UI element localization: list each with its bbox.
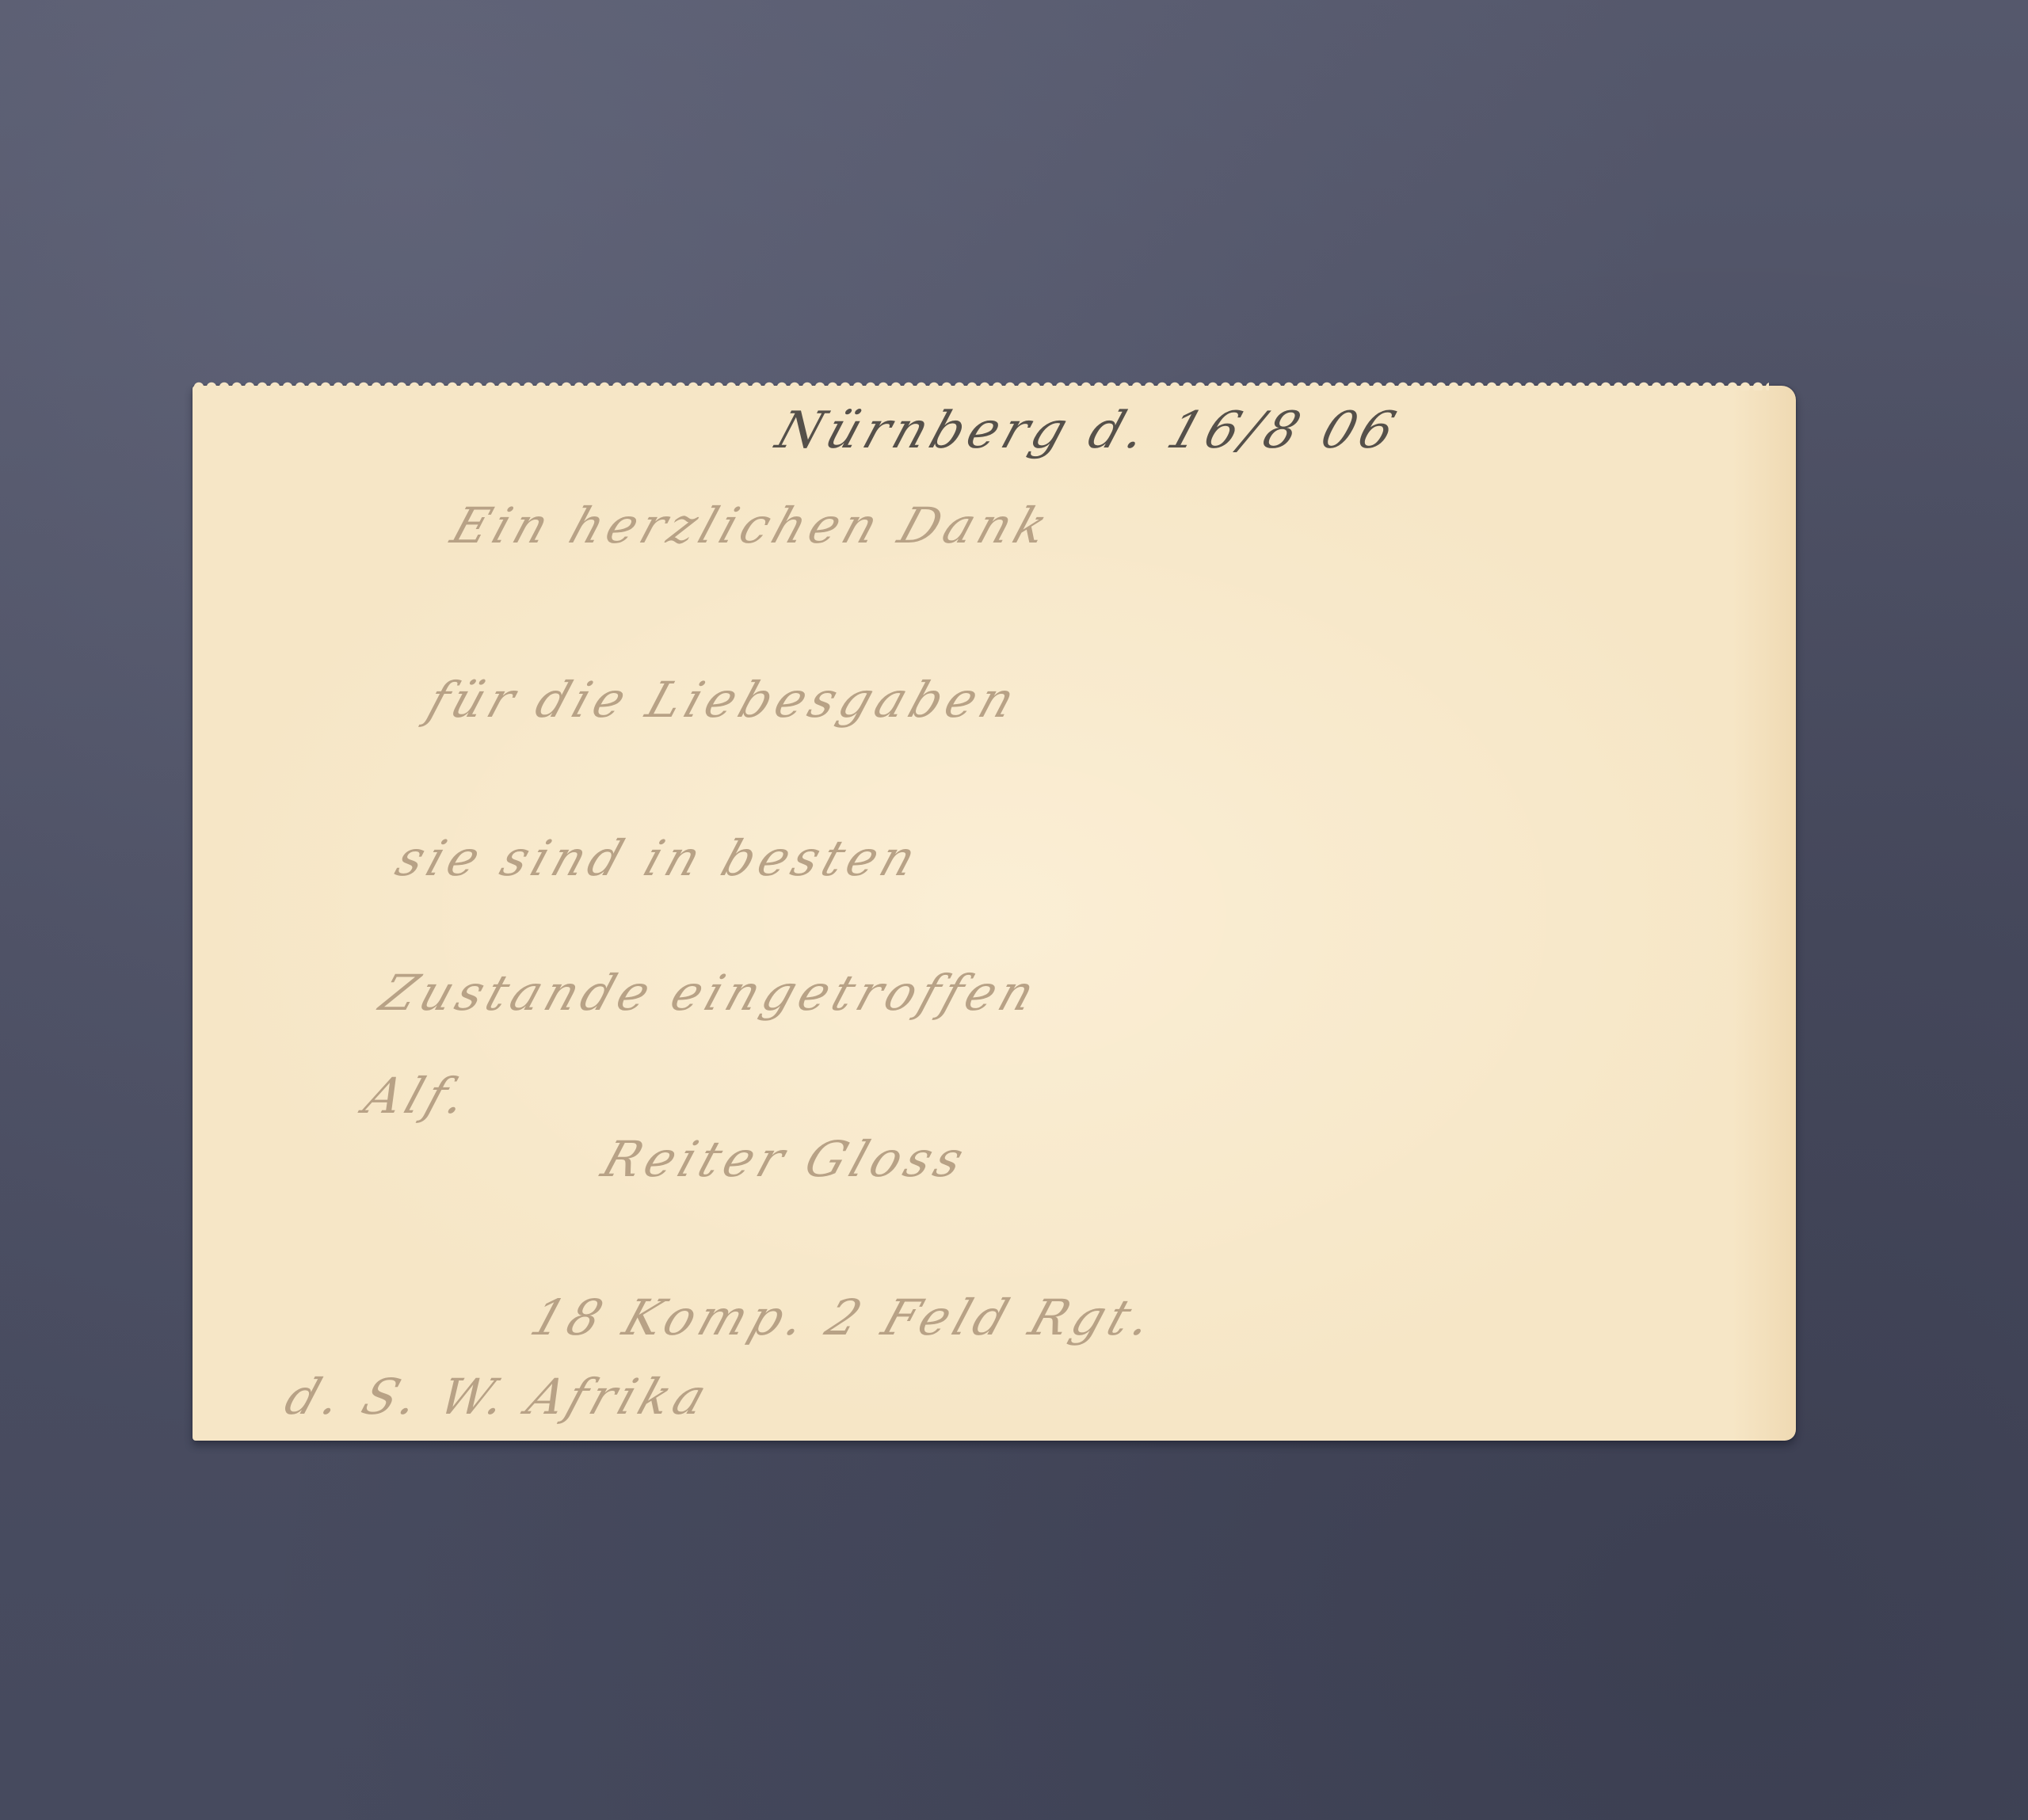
text-line-2: für die Liebesgaben <box>421 671 1027 729</box>
perforated-edge <box>193 379 1769 390</box>
signature: Reiter Gloss <box>595 1130 975 1188</box>
text-line-7: 18 Komp. 2 Feld Rgt. <box>524 1289 1164 1346</box>
text-line-5: Alf. <box>357 1067 478 1125</box>
text-line-4: Zustande eingetroffen <box>373 964 1046 1022</box>
text-line-8: d. S. W. Afrika <box>278 1368 718 1426</box>
postcard: Nürnberg d. 16/8 06 Ein herzlichen Dank … <box>193 386 1796 1441</box>
text-line-3: sie sind in besten <box>389 829 928 887</box>
dateline: Nürnberg d. 16/8 06 <box>769 402 1407 460</box>
text-line-1: Ein herzlichen Dank <box>444 497 1059 554</box>
